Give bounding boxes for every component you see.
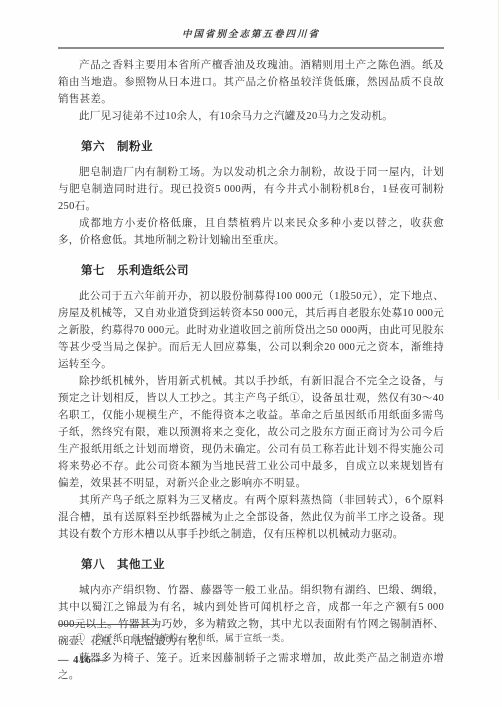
section-7-heading: 第七 乐利造纸公司: [58, 263, 444, 280]
intro-paragraph-2: 此厂见习徒弟不过10余人，有10余马力之汽罐及20马力之发动机。: [58, 108, 444, 125]
section-6-heading: 第六 制粉业: [58, 139, 444, 156]
section-7-paragraph-3: 其所产鸟子纸之原料为三叉楮皮。有两个原料蒸热筒（非回转式），6个原料混合槽，虽有…: [58, 492, 444, 543]
footnote-text: ① 鸟子纸：日本传统的一种和纸，属于宣纸一类。: [58, 632, 444, 645]
running-header: 中国省别全志第五卷四川省: [0, 0, 502, 40]
intro-paragraph-1: 产品之香料主要用本省所产檀香油及玫瑰油。酒精则用土产之陈色酒。纸及箱由当地造。参…: [58, 57, 444, 108]
footnote-rule: [58, 624, 158, 625]
page-content: 产品之香料主要用本省所产檀香油及玫瑰油。酒精则用土产之陈色酒。纸及箱由当地造。参…: [58, 57, 444, 684]
header-rule: [58, 47, 444, 49]
book-page: 中国省别全志第五卷四川省 产品之香料主要用本省所产檀香油及玫瑰油。酒精则用土产之…: [0, 0, 502, 707]
section-7-paragraph-1: 此公司于五六年前开办，初以股份制募得100 000元（1股50元），定下地点、房…: [58, 288, 444, 373]
section-6-paragraph-1: 肥皂制造厂内有制粉工场。为以发动机之余力制粉，故设于同一屋内，计划与肥皂制造同时…: [58, 164, 444, 215]
section-7-paragraph-2: 除抄纸机械外，皆用新式机械。其以手抄纸，有新旧混合不完全之设备，与预定之计划相反…: [58, 373, 444, 492]
page-number: — 416 —: [58, 655, 444, 666]
section-6-paragraph-2: 成都地方小麦价格低廉，且自禁植鸦片以来民众多种小麦以替之，收获愈多，价格愈低。其…: [58, 215, 444, 249]
section-8-heading: 第八 其他工业: [58, 557, 444, 574]
page-scan-edge: [498, 0, 499, 400]
footnote-area: ① 鸟子纸：日本传统的一种和纸，属于宣纸一类。 — 416 —: [58, 624, 444, 666]
